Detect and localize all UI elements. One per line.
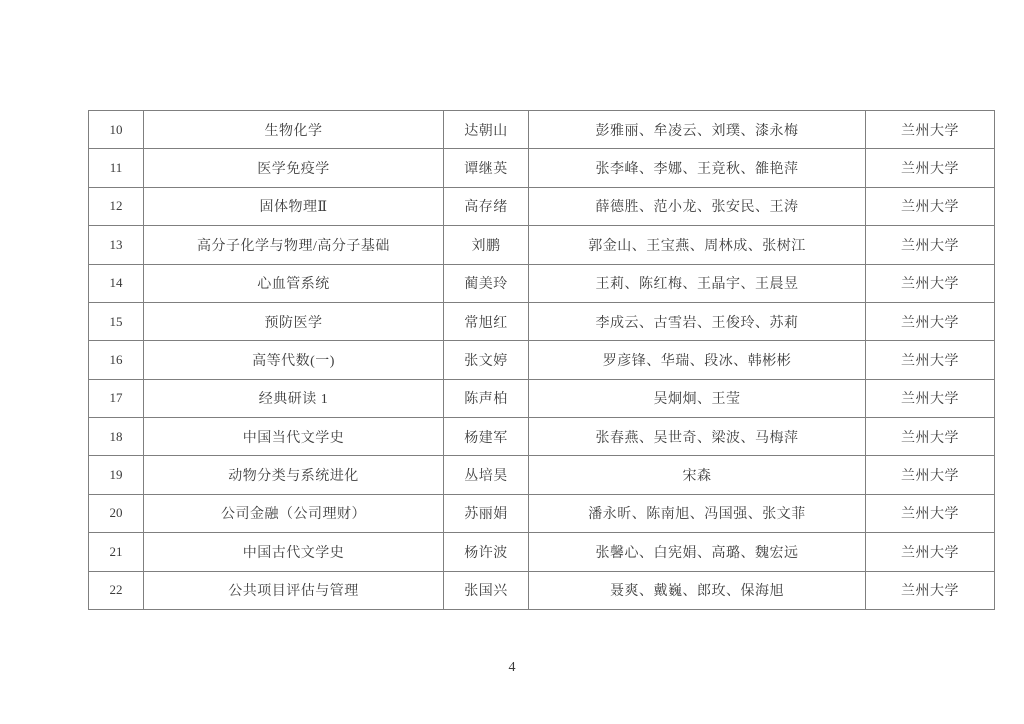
number-cell: 16 [89,341,144,379]
instructor-cell: 陈声柏 [444,379,529,417]
university-cell: 兰州大学 [866,111,995,149]
instructor-cell: 蔺美玲 [444,264,529,302]
members-cell: 潘永昕、陈南旭、冯国强、张文菲 [529,494,866,532]
course-cell: 预防医学 [144,302,444,340]
course-cell: 高等代数(一) [144,341,444,379]
document-page: 10生物化学达朝山彭雅丽、牟凌云、刘璞、漆永梅兰州大学11医学免疫学谭继英张李峰… [0,0,1024,724]
university-cell: 兰州大学 [866,418,995,456]
number-cell: 14 [89,264,144,302]
number-cell: 19 [89,456,144,494]
members-cell: 李成云、古雪岩、王俊玲、苏莉 [529,302,866,340]
university-cell: 兰州大学 [866,571,995,610]
number-cell: 21 [89,533,144,571]
university-cell: 兰州大学 [866,226,995,264]
members-cell: 薛德胜、范小龙、张安民、王涛 [529,187,866,225]
instructor-cell: 高存绪 [444,187,529,225]
course-cell: 医学免疫学 [144,149,444,187]
course-cell: 动物分类与系统进化 [144,456,444,494]
number-cell: 17 [89,379,144,417]
instructor-cell: 达朝山 [444,111,529,149]
table-row: 20公司金融（公司理财）苏丽娟潘永昕、陈南旭、冯国强、张文菲兰州大学 [89,494,995,532]
university-cell: 兰州大学 [866,187,995,225]
number-cell: 12 [89,187,144,225]
university-cell: 兰州大学 [866,302,995,340]
instructor-cell: 谭继英 [444,149,529,187]
university-cell: 兰州大学 [866,379,995,417]
course-cell: 公共项目评估与管理 [144,571,444,610]
number-cell: 22 [89,571,144,610]
instructor-cell: 刘鹏 [444,226,529,264]
course-cell: 中国当代文学史 [144,418,444,456]
number-cell: 13 [89,226,144,264]
table-row: 16高等代数(一)张文婷罗彦锋、华瑞、段冰、韩彬彬兰州大学 [89,341,995,379]
members-cell: 宋森 [529,456,866,494]
course-cell: 固体物理Ⅱ [144,187,444,225]
university-cell: 兰州大学 [866,494,995,532]
table-row: 12固体物理Ⅱ高存绪薛德胜、范小龙、张安民、王涛兰州大学 [89,187,995,225]
instructor-cell: 张国兴 [444,571,529,610]
instructor-cell: 常旭红 [444,302,529,340]
table-row: 15预防医学常旭红李成云、古雪岩、王俊玲、苏莉兰州大学 [89,302,995,340]
instructor-cell: 丛培昊 [444,456,529,494]
university-cell: 兰州大学 [866,264,995,302]
number-cell: 11 [89,149,144,187]
university-cell: 兰州大学 [866,456,995,494]
table-row: 22公共项目评估与管理张国兴聂爽、戴巍、郎玫、保海旭兰州大学 [89,571,995,610]
course-table-body: 10生物化学达朝山彭雅丽、牟凌云、刘璞、漆永梅兰州大学11医学免疫学谭继英张李峰… [89,111,995,610]
number-cell: 20 [89,494,144,532]
page-number: 4 [0,660,1024,676]
members-cell: 王莉、陈红梅、王晶宇、王晨昱 [529,264,866,302]
course-cell: 经典研读 1 [144,379,444,417]
instructor-cell: 杨许波 [444,533,529,571]
course-cell: 公司金融（公司理财） [144,494,444,532]
members-cell: 聂爽、戴巍、郎玫、保海旭 [529,571,866,610]
table-row: 13高分子化学与物理/高分子基础刘鹏郭金山、王宝燕、周林成、张树江兰州大学 [89,226,995,264]
table-row: 11医学免疫学谭继英张李峰、李娜、王竞秋、雒艳萍兰州大学 [89,149,995,187]
table-row: 17经典研读 1陈声柏吴炯炯、王莹兰州大学 [89,379,995,417]
university-cell: 兰州大学 [866,341,995,379]
course-cell: 心血管系统 [144,264,444,302]
table-row: 10生物化学达朝山彭雅丽、牟凌云、刘璞、漆永梅兰州大学 [89,111,995,149]
instructor-cell: 苏丽娟 [444,494,529,532]
table-row: 21中国古代文学史杨许波张馨心、白宪娟、高璐、魏宏远兰州大学 [89,533,995,571]
number-cell: 18 [89,418,144,456]
members-cell: 张春燕、吴世奇、梁波、马梅萍 [529,418,866,456]
instructor-cell: 张文婷 [444,341,529,379]
instructor-cell: 杨建军 [444,418,529,456]
members-cell: 郭金山、王宝燕、周林成、张树江 [529,226,866,264]
course-table: 10生物化学达朝山彭雅丽、牟凌云、刘璞、漆永梅兰州大学11医学免疫学谭继英张李峰… [88,110,995,610]
course-cell: 中国古代文学史 [144,533,444,571]
table-row: 14心血管系统蔺美玲王莉、陈红梅、王晶宇、王晨昱兰州大学 [89,264,995,302]
table-row: 18中国当代文学史杨建军张春燕、吴世奇、梁波、马梅萍兰州大学 [89,418,995,456]
members-cell: 张馨心、白宪娟、高璐、魏宏远 [529,533,866,571]
course-cell: 高分子化学与物理/高分子基础 [144,226,444,264]
members-cell: 吴炯炯、王莹 [529,379,866,417]
number-cell: 10 [89,111,144,149]
table-row: 19动物分类与系统进化丛培昊宋森兰州大学 [89,456,995,494]
members-cell: 彭雅丽、牟凌云、刘璞、漆永梅 [529,111,866,149]
course-cell: 生物化学 [144,111,444,149]
university-cell: 兰州大学 [866,533,995,571]
university-cell: 兰州大学 [866,149,995,187]
number-cell: 15 [89,302,144,340]
members-cell: 张李峰、李娜、王竞秋、雒艳萍 [529,149,866,187]
members-cell: 罗彦锋、华瑞、段冰、韩彬彬 [529,341,866,379]
